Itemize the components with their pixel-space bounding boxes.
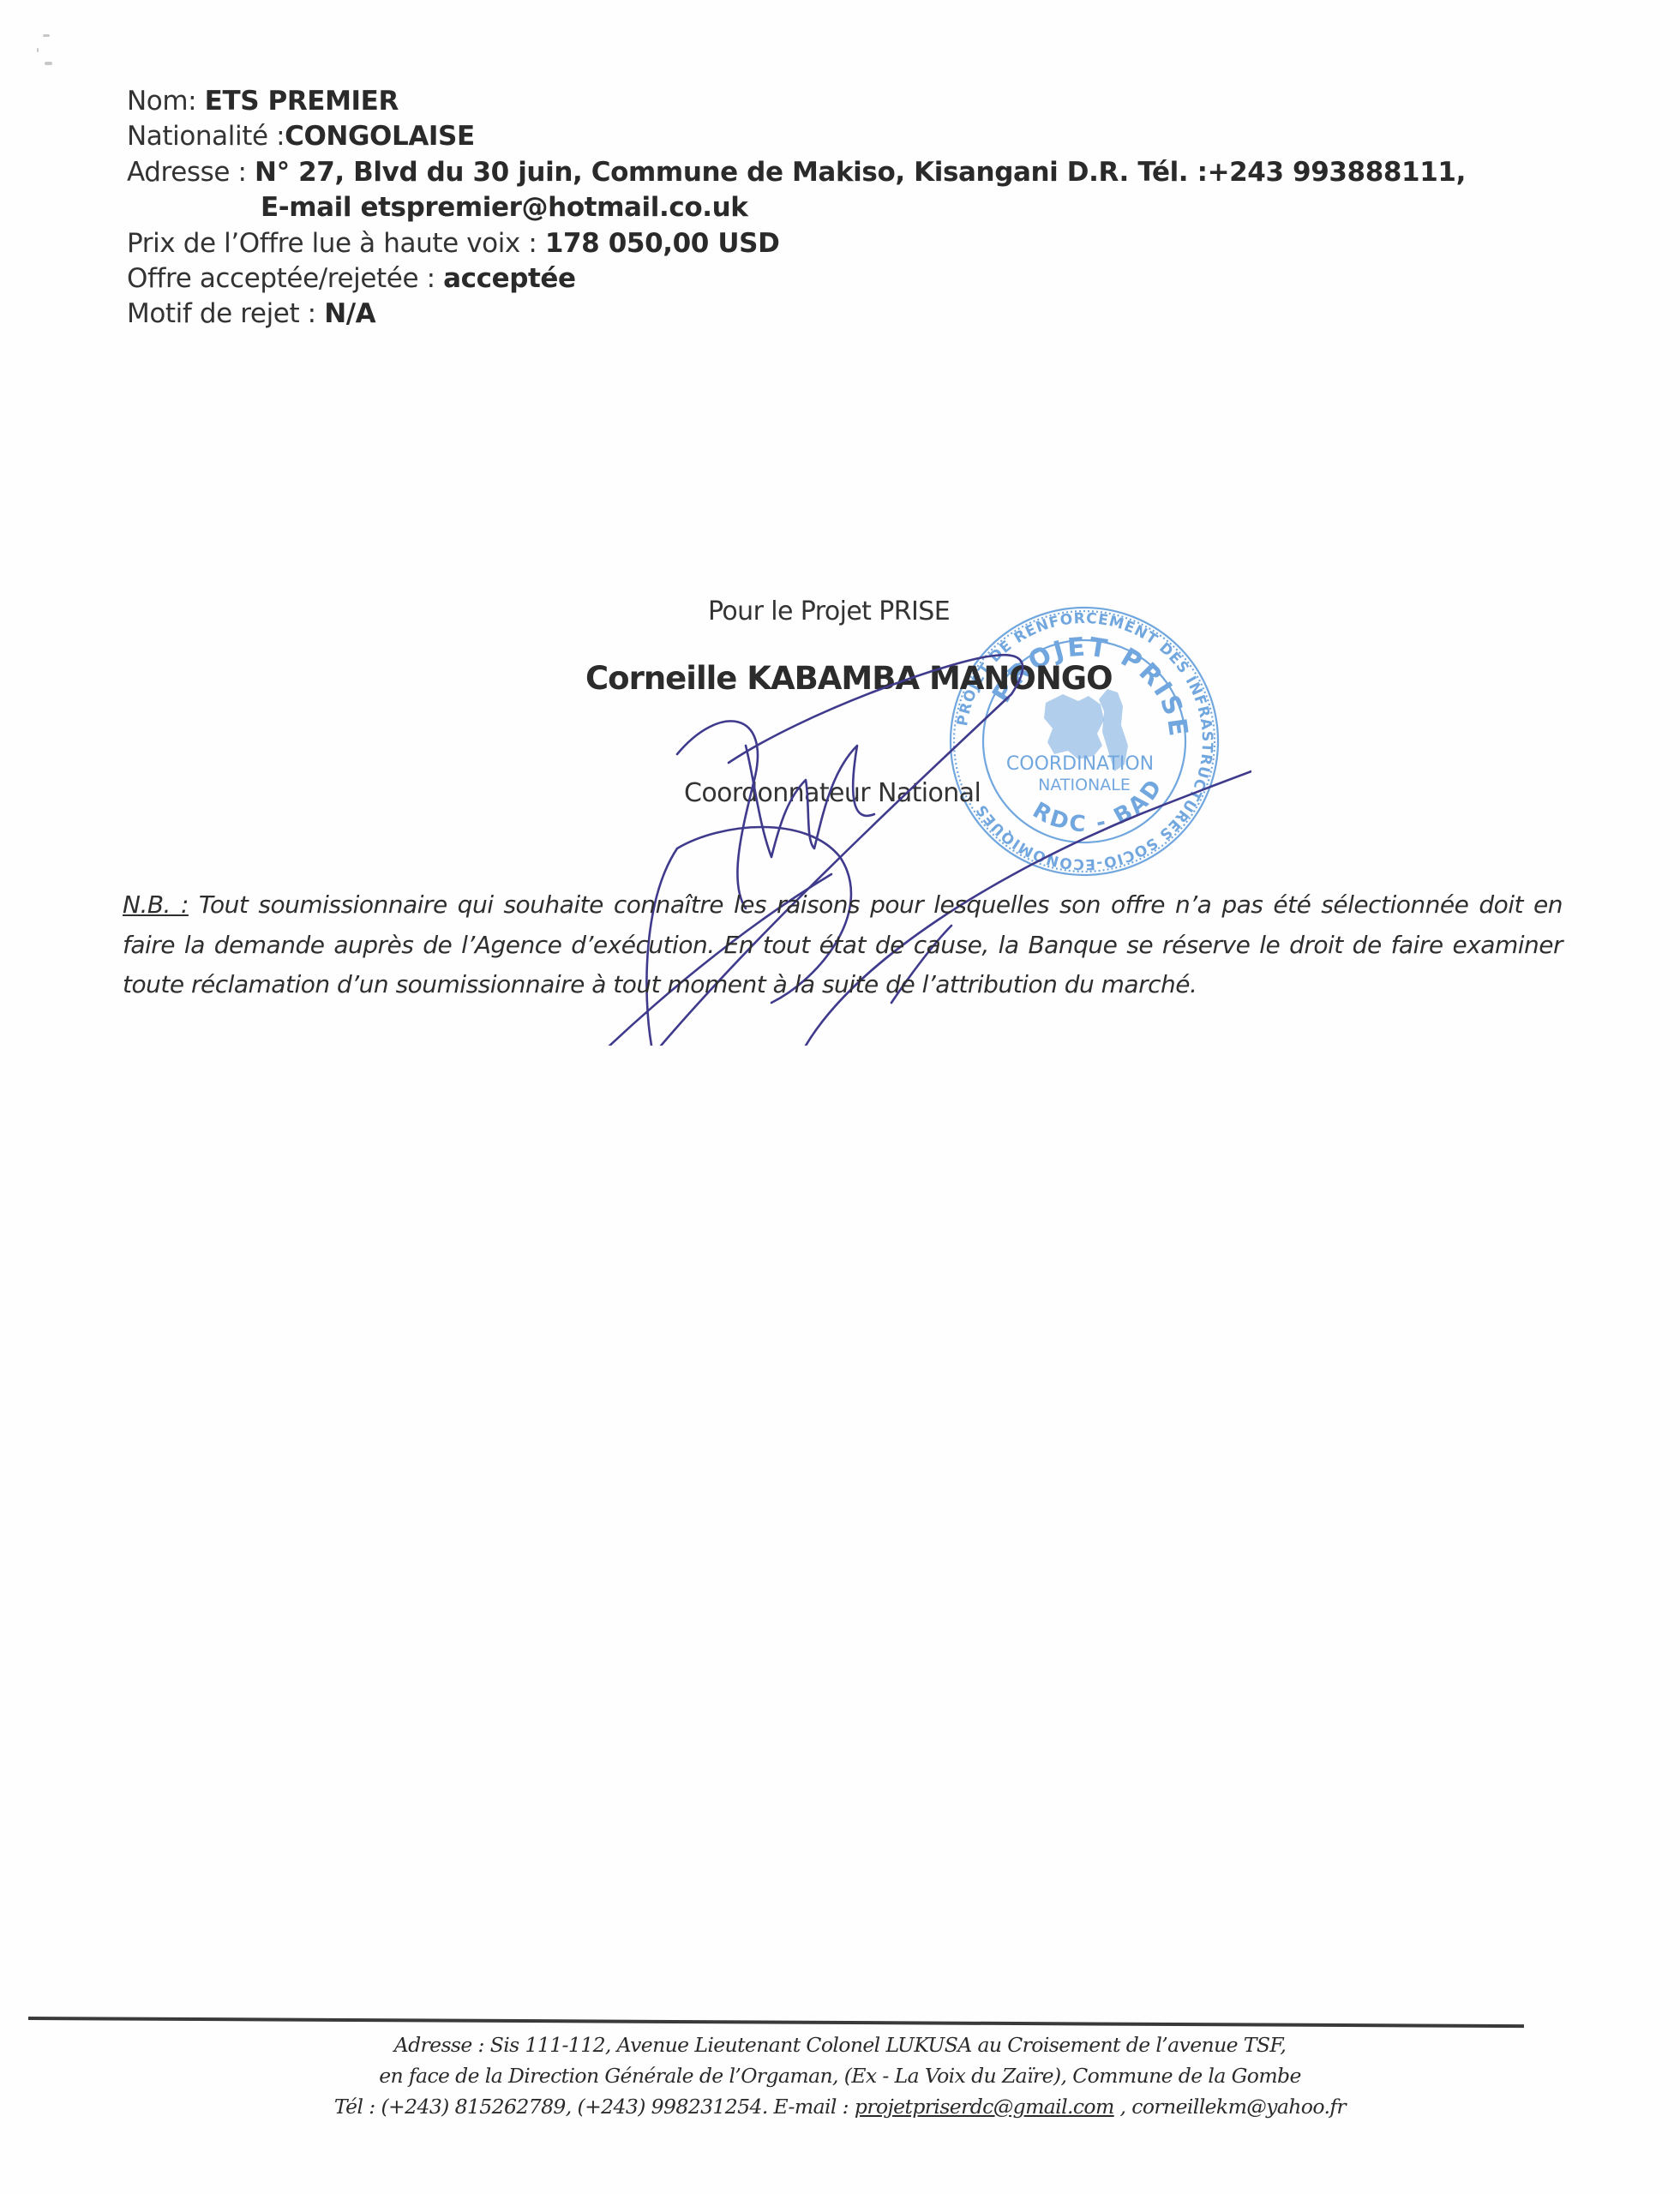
rejection-row: Motif de rejet : N/A (127, 297, 1466, 332)
footer-contact-line: Tél : (+243) 815262789, (+243) 998231254… (0, 2091, 1680, 2122)
bidder-info: Nom: ETS PREMIER Nationalité :CONGOLAISE… (127, 84, 1466, 333)
footer-address-line-2: en face de la Direction Générale de l’Or… (0, 2060, 1680, 2091)
svg-text:COORDINATION: COORDINATION (1006, 753, 1154, 775)
price-row: Prix de l’Offre lue à haute voix : 178 0… (127, 226, 1466, 261)
nationality-row: Nationalité :CONGOLAISE (127, 119, 1466, 154)
address-row: Adresse : N° 27, Blvd du 30 juin, Commun… (127, 155, 1466, 190)
bidder-name-value: ETS PREMIER (205, 86, 399, 117)
footer-email-link[interactable]: projetpriserdc@gmail.com (855, 2095, 1114, 2119)
official-stamp-icon: PROJET DE RENFORCEMENT DES INFRASTRUCTUR… (943, 600, 1226, 883)
status-label: Offre acceptée/rejetée : (127, 263, 435, 294)
note-text: Tout soumissionnaire qui souhaite connaî… (123, 890, 1563, 998)
nationality-label: Nationalité : (127, 121, 285, 152)
footer-separator: , (1114, 2095, 1132, 2119)
scanner-speck (34, 33, 58, 75)
footer-phone-text: Tél : (+243) 815262789, (+243) 998231254… (334, 2095, 855, 2119)
nationality-value: CONGOLAISE (285, 121, 475, 152)
status-value: acceptée (443, 263, 576, 294)
rejection-label: Motif de rejet : (127, 298, 316, 329)
rejection-value: N/A (324, 298, 375, 329)
address-value: N° 27, Blvd du 30 juin, Commune de Makis… (255, 157, 1466, 188)
footer-divider (28, 2017, 1524, 2028)
note-label: N.B. : (123, 890, 189, 919)
bidder-name-row: Nom: ETS PREMIER (127, 84, 1466, 119)
price-label: Prix de l’Offre lue à haute voix : (127, 228, 537, 259)
signatory-title: Coordonnateur National (684, 778, 981, 808)
signatory-name: Corneille KABAMBA MANONGO (585, 660, 1113, 697)
signature-for-line: Pour le Projet PRISE (708, 596, 950, 626)
scanned-page: Nom: ETS PREMIER Nationalité :CONGOLAISE… (0, 0, 1680, 2194)
footer-email-secondary[interactable]: corneillekm@yahoo.fr (1131, 2095, 1346, 2119)
price-value: 178 050,00 USD (545, 228, 780, 259)
address-label: Adresse : (127, 157, 247, 188)
footer-address-line-1: Adresse : Sis 111-112, Avenue Lieutenant… (0, 2029, 1680, 2060)
status-row: Offre acceptée/rejetée : acceptée (127, 261, 1466, 297)
email-row: E-mail etspremier@hotmail.co.uk (127, 190, 1466, 225)
note-paragraph: N.B. : Tout soumissionnaire qui souhaite… (123, 885, 1563, 1005)
bidder-email: E-mail etspremier@hotmail.co.uk (261, 192, 748, 223)
svg-text:NATIONALE: NATIONALE (1038, 776, 1131, 794)
letterhead-footer: Adresse : Sis 111-112, Avenue Lieutenant… (0, 2029, 1680, 2122)
bidder-name-label: Nom: (127, 86, 196, 117)
